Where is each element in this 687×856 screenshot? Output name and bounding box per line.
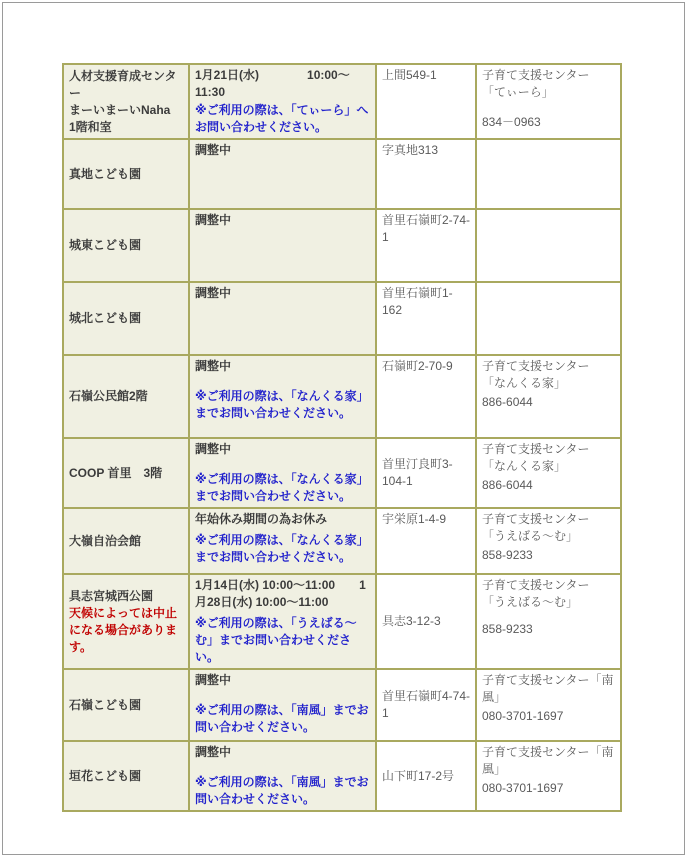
address-text: 首里石嶺町1-162 — [382, 285, 471, 319]
address-cell: 山下町17-2号 — [376, 741, 476, 811]
facility-cell: 石嶺こども園 — [63, 669, 189, 741]
address-text: 具志3-12-3 — [382, 613, 471, 630]
schedule-text: 調整中 — [195, 744, 371, 761]
facility-name: 城北こども園 — [69, 310, 184, 327]
address-text: 石嶺町2-70-9 — [382, 358, 471, 375]
contact-cell: 子育て支援センター 「うえばる～む」 858-9233 — [476, 508, 621, 574]
support-center-schedule-table: 人材支援育成センター まーいまーいNaha 1階和室 1月21日(水) 10:0… — [62, 63, 622, 812]
table-row: 城北こども園 調整中 首里石嶺町1-162 — [63, 282, 621, 355]
facility-cell: 具志宮城西公園 天候によっては中止になる場合があります。 — [63, 574, 189, 669]
contact-cell: 子育て支援センター 「うえばる～む」 858-9233 — [476, 574, 621, 669]
address-cell: 首里石嶺町4-74-1 — [376, 669, 476, 741]
contact-phone: 858-9233 — [482, 547, 616, 564]
table-row: 城東こども園 調整中 首里石嶺町2-74-1 — [63, 209, 621, 282]
table-row: COOP 首里 3階 調整中 ※ご利用の際は、「なんくる家」までお問い合わせくだ… — [63, 438, 621, 508]
facility-name: 石嶺こども園 — [69, 697, 184, 714]
address-text: 上間549-1 — [382, 67, 471, 84]
address-cell: 字真地313 — [376, 139, 476, 209]
schedule-note: ※ご利用の際は、「てぃーら」へお問い合わせください。 — [195, 102, 371, 136]
contact-phone: 080-3701-1697 — [482, 708, 616, 725]
facility-name: 石嶺公民館2階 — [69, 388, 184, 405]
facility-warning: 天候によっては中止になる場合があります。 — [69, 605, 184, 656]
contact-name: 子育て支援センター 「てぃーら」 — [482, 67, 616, 101]
address-cell: 宇栄原1-4-9 — [376, 508, 476, 574]
address-cell: 具志3-12-3 — [376, 574, 476, 669]
address-cell: 首里石嶺町1-162 — [376, 282, 476, 355]
schedule-cell: 1月14日(水) 10:00～11:00 1月28日(水) 10:00～11:0… — [189, 574, 376, 669]
schedule-text: 調整中 — [195, 285, 371, 302]
schedule-text: 調整中 — [195, 358, 371, 375]
table-row: 大嶺自治会館 年始休み期間の為お休み ※ご利用の際は、「なんくる家」までお問い合… — [63, 508, 621, 574]
facility-cell: 城北こども園 — [63, 282, 189, 355]
schedule-note: ※ご利用の際は、「うえばる～む」までお問い合わせください。 — [195, 615, 371, 666]
facility-name: 人材支援育成センター まーいまーいNaha 1階和室 — [69, 68, 184, 136]
contact-name: 子育て支援センター 「なんくる家」 — [482, 441, 616, 475]
contact-name: 子育て支援センター 「うえばる～む」 — [482, 577, 616, 611]
contact-name: 子育て支援センター 「なんくる家」 — [482, 358, 616, 392]
facility-name: 真地こども園 — [69, 166, 184, 183]
contact-phone: 834－0963 — [482, 114, 616, 131]
schedule-text: 調整中 — [195, 672, 371, 689]
address-text: 山下町17-2号 — [382, 768, 471, 785]
table-row: 真地こども園 調整中 字真地313 — [63, 139, 621, 209]
contact-cell: 子育て支援センター 「てぃーら」 834－0963 — [476, 64, 621, 139]
facility-name: COOP 首里 3階 — [69, 465, 184, 482]
schedule-note: ※ご利用の際は、「南風」までお問い合わせください。 — [195, 702, 371, 736]
facility-name: 城東こども園 — [69, 237, 184, 254]
address-text: 首里汀良町3-104-1 — [382, 456, 471, 490]
contact-phone: 886-6044 — [482, 477, 616, 494]
schedule-cell: 1月21日(水) 10:00～11:30 ※ご利用の際は、「てぃーら」へお問い合… — [189, 64, 376, 139]
address-cell: 首里汀良町3-104-1 — [376, 438, 476, 508]
table-row: 石嶺公民館2階 調整中 ※ご利用の際は、「なんくる家」までお問い合わせください。… — [63, 355, 621, 438]
schedule-cell: 年始休み期間の為お休み ※ご利用の際は、「なんくる家」までお問い合わせください。 — [189, 508, 376, 574]
contact-name: 子育て支援センター「南風」 — [482, 672, 616, 706]
table-row: 垣花こども園 調整中 ※ご利用の際は、「南風」までお問い合わせください。 山下町… — [63, 741, 621, 811]
schedule-note: ※ご利用の際は、「なんくる家」までお問い合わせください。 — [195, 388, 371, 422]
schedule-text: 年始休み期間の為お休み — [195, 511, 371, 528]
facility-name: 垣花こども園 — [69, 768, 184, 785]
facility-cell: COOP 首里 3階 — [63, 438, 189, 508]
schedule-text: 1月14日(水) 10:00～11:00 1月28日(水) 10:00～11:0… — [195, 577, 371, 611]
address-text: 字真地313 — [382, 142, 471, 159]
facility-cell: 真地こども園 — [63, 139, 189, 209]
facility-cell: 石嶺公民館2階 — [63, 355, 189, 438]
schedule-note: ※ご利用の際は、「なんくる家」までお問い合わせください。 — [195, 532, 371, 566]
facility-cell: 人材支援育成センター まーいまーいNaha 1階和室 — [63, 64, 189, 139]
schedule-text: 調整中 — [195, 212, 371, 229]
table-row: 石嶺こども園 調整中 ※ご利用の際は、「南風」までお問い合わせください。 首里石… — [63, 669, 621, 741]
table-row: 具志宮城西公園 天候によっては中止になる場合があります。 1月14日(水) 10… — [63, 574, 621, 669]
contact-cell: 子育て支援センター 「なんくる家」 886-6044 — [476, 438, 621, 508]
facility-cell: 垣花こども園 — [63, 741, 189, 811]
facility-cell: 大嶺自治会館 — [63, 508, 189, 574]
contact-name: 子育て支援センター 「うえばる～む」 — [482, 511, 616, 545]
contact-phone: 886-6044 — [482, 394, 616, 411]
address-text: 首里石嶺町2-74-1 — [382, 212, 471, 246]
schedule-text: 1月21日(水) 10:00～11:30 — [195, 67, 371, 101]
facility-cell: 城東こども園 — [63, 209, 189, 282]
address-cell: 上間549-1 — [376, 64, 476, 139]
schedule-cell: 調整中 ※ご利用の際は、「なんくる家」までお問い合わせください。 — [189, 355, 376, 438]
address-text: 首里石嶺町4-74-1 — [382, 688, 471, 722]
address-text: 宇栄原1-4-9 — [382, 511, 471, 528]
contact-cell — [476, 139, 621, 209]
schedule-note: ※ご利用の際は、「なんくる家」までお問い合わせください。 — [195, 471, 371, 505]
facility-name: 大嶺自治会館 — [69, 533, 184, 550]
schedule-note: ※ご利用の際は、「南風」までお問い合わせください。 — [195, 774, 371, 808]
schedule-text: 調整中 — [195, 142, 371, 159]
schedule-cell: 調整中 ※ご利用の際は、「南風」までお問い合わせください。 — [189, 669, 376, 741]
address-cell: 首里石嶺町2-74-1 — [376, 209, 476, 282]
contact-phone: 858-9233 — [482, 621, 616, 638]
schedule-cell: 調整中 — [189, 282, 376, 355]
contact-cell — [476, 209, 621, 282]
facility-name: 具志宮城西公園 — [69, 588, 184, 605]
contact-name: 子育て支援センター「南風」 — [482, 744, 616, 778]
contact-cell: 子育て支援センター「南風」 080-3701-1697 — [476, 669, 621, 741]
contact-cell — [476, 282, 621, 355]
contact-cell: 子育て支援センター 「なんくる家」 886-6044 — [476, 355, 621, 438]
contact-cell: 子育て支援センター「南風」 080-3701-1697 — [476, 741, 621, 811]
schedule-text: 調整中 — [195, 441, 371, 458]
schedule-cell: 調整中 ※ご利用の際は、「南風」までお問い合わせください。 — [189, 741, 376, 811]
schedule-cell: 調整中 — [189, 209, 376, 282]
contact-phone: 080-3701-1697 — [482, 780, 616, 797]
schedule-cell: 調整中 ※ご利用の際は、「なんくる家」までお問い合わせください。 — [189, 438, 376, 508]
table-row: 人材支援育成センター まーいまーいNaha 1階和室 1月21日(水) 10:0… — [63, 64, 621, 139]
schedule-cell: 調整中 — [189, 139, 376, 209]
address-cell: 石嶺町2-70-9 — [376, 355, 476, 438]
